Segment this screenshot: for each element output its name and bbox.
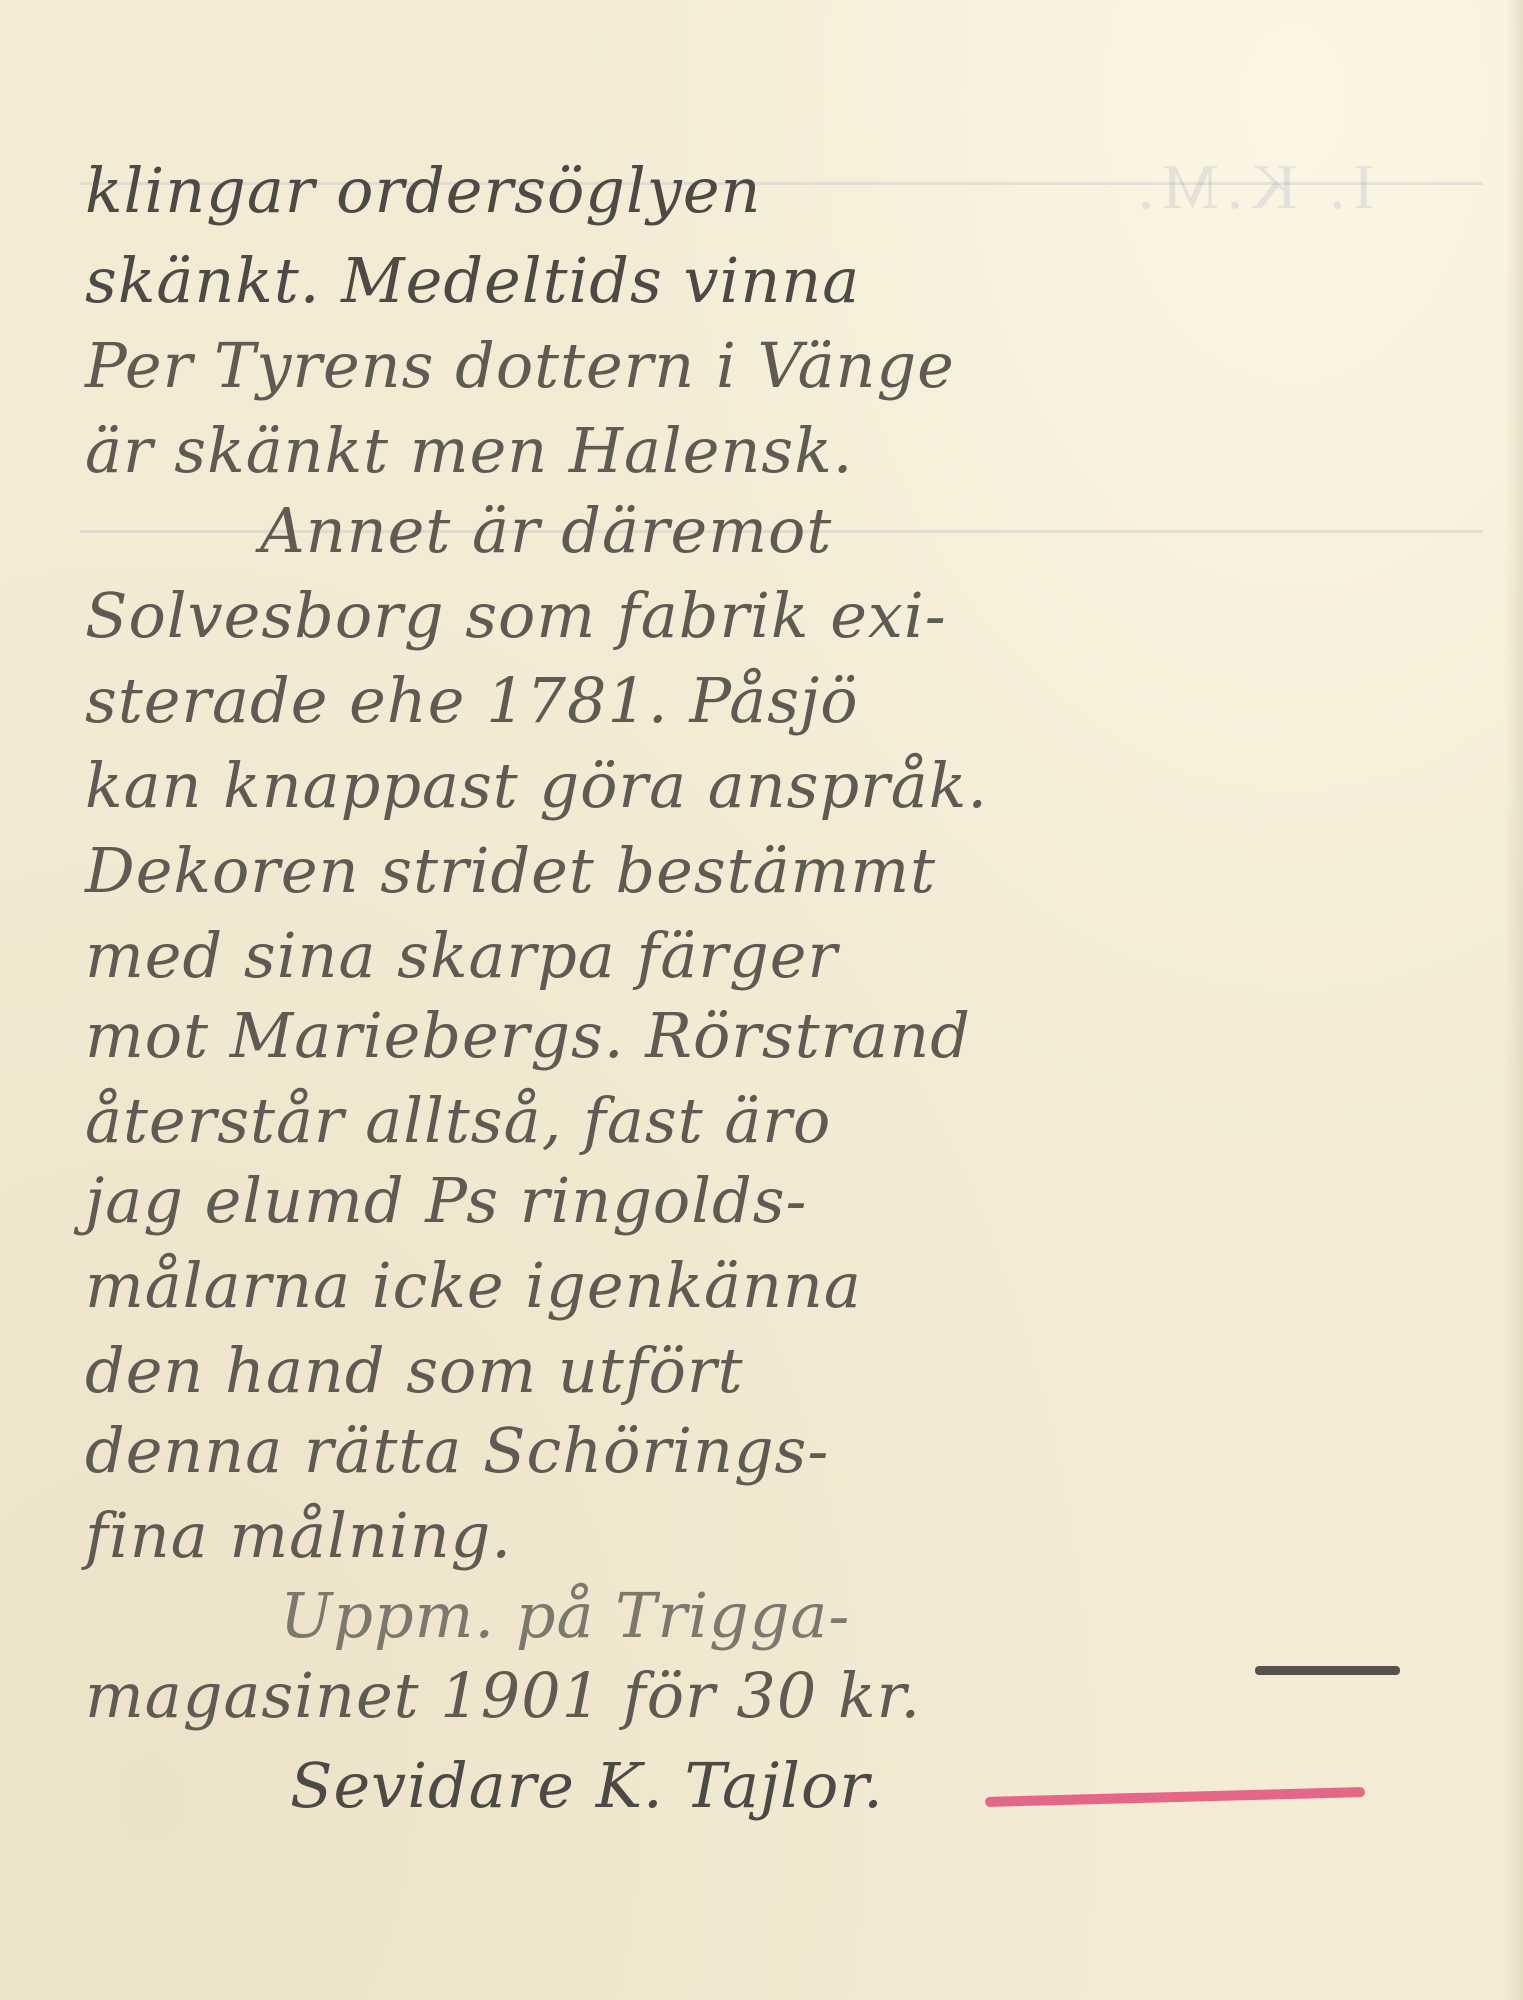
- text-line-5: Annet är däremot: [260, 500, 832, 562]
- text-line-11: mot Mariebergs. Rörstrand: [85, 1005, 971, 1067]
- text-line-18: Uppm. på Trigga-: [280, 1585, 850, 1647]
- text-line-1: klingar ordersöglyen: [85, 160, 761, 222]
- text-line-9: Dekoren stridet bestämmt: [85, 840, 936, 902]
- text-line-12: återstår alltså, fast äro: [85, 1090, 831, 1152]
- text-line-15: den hand som utfört: [85, 1340, 744, 1402]
- text-line-17: fina målning.: [85, 1505, 512, 1567]
- text-line-4: är skänkt men Halensk.: [85, 420, 853, 482]
- text-line-13: jag elumd Ps ringolds-: [85, 1170, 808, 1232]
- bleed-through-text: I. K.M.: [1130, 150, 1374, 224]
- text-line-2: skänkt. Medeltids vinna: [85, 250, 860, 312]
- text-line-10: med sina skarpa färger: [85, 925, 838, 987]
- text-line-7: sterade ehe 1781. Påsjö: [85, 670, 859, 732]
- text-line-14: målarna icke igenkänna: [85, 1255, 862, 1317]
- text-line-16: denna rätta Schörings-: [85, 1420, 829, 1482]
- price-underline: [1255, 1666, 1400, 1675]
- signature-line: Sevidare K. Tajlor.: [290, 1755, 884, 1817]
- text-line-19: magasinet 1901 för 30 kr.: [85, 1665, 921, 1727]
- text-line-8: kan knappast göra anspråk.: [85, 755, 988, 817]
- text-line-3: Per Tyrens dottern i Vänge: [85, 335, 955, 397]
- text-line-6: Solvesborg som fabrik exi-: [85, 585, 947, 647]
- paper-edge: [1505, 0, 1523, 2000]
